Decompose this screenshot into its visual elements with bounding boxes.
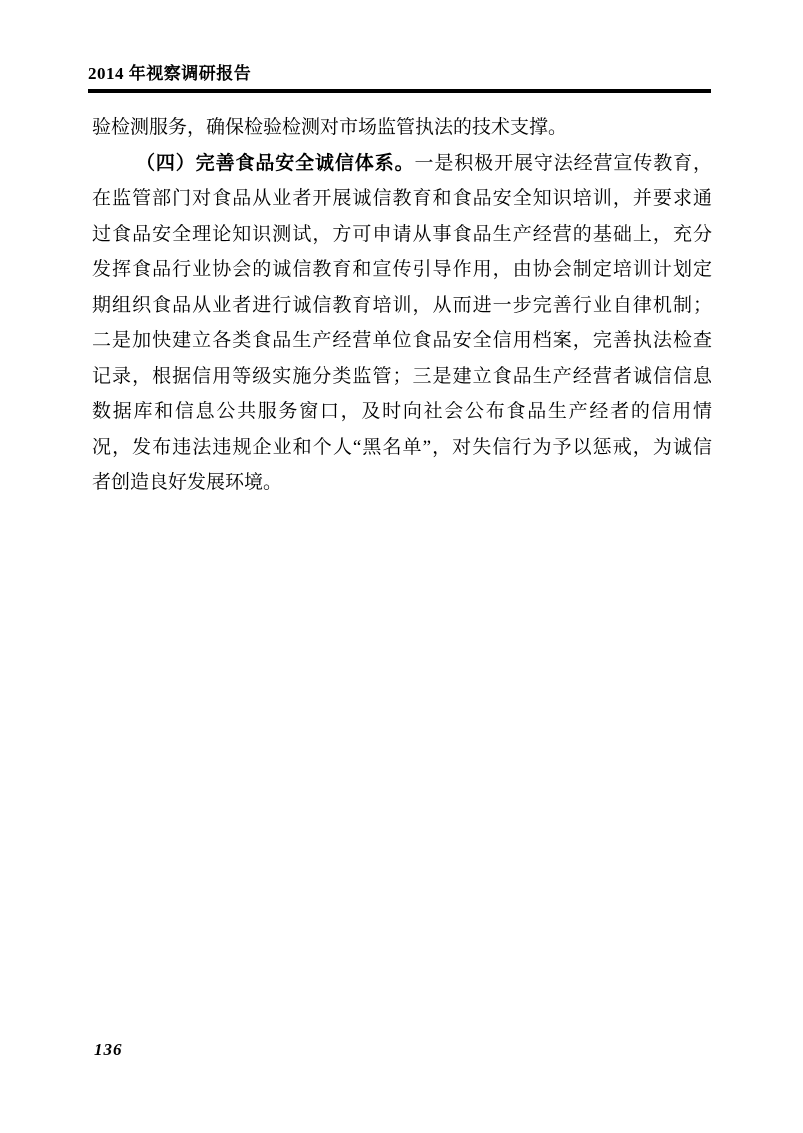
- text-segment: 数据库和信息公共服务窗口，及时向社会公布食品生产经者的信用情: [92, 401, 712, 422]
- text-segment: 一是积极开展守法经营宣传教育，: [415, 153, 713, 174]
- text-segment: 验检测服务，确保检验检测对市场监管执法的技术支撑。: [92, 117, 567, 138]
- text-line: 验检测服务，确保检验检测对市场监管执法的技术支撑。: [92, 110, 712, 146]
- bold-text-segment: （四）完善食品安全诚信体系。: [136, 153, 415, 174]
- text-line: 发挥食品行业协会的诚信教育和宣传引导作用，由协会制定培训计划定: [92, 252, 712, 288]
- text-segment: 者创造良好发展环境。: [92, 472, 282, 493]
- text-segment: 记录，根据信用等级实施分类监管；三是建立食品生产经营者诚信信息: [92, 366, 712, 387]
- text-line: 期组织食品从业者进行诚信教育培训，从而进一步完善行业自律机制；: [92, 288, 712, 324]
- document-page: 2014 年视察调研报告 验检测服务，确保检验检测对市场监管执法的技术支撑。（四…: [0, 0, 803, 1133]
- text-segment: 发挥食品行业协会的诚信教育和宣传引导作用，由协会制定培训计划定: [92, 259, 712, 280]
- text-line: 二是加快建立各类食品生产经营单位食品安全信用档案，完善执法检查: [92, 323, 712, 359]
- page-number: 136: [94, 1040, 123, 1060]
- header-title: 2014 年视察调研报告: [88, 64, 251, 83]
- text-segment: 过食品安全理论知识测试，方可申请从事食品生产经营的基础上，充分: [92, 224, 712, 245]
- text-line: 记录，根据信用等级实施分类监管；三是建立食品生产经营者诚信信息: [92, 359, 712, 395]
- text-segment: 在监管部门对食品从业者开展诚信教育和食品安全知识培训，并要求通: [92, 188, 712, 209]
- text-line: 在监管部门对食品从业者开展诚信教育和食品安全知识培训，并要求通: [92, 181, 712, 217]
- document-body: 验检测服务，确保检验检测对市场监管执法的技术支撑。（四）完善食品安全诚信体系。一…: [92, 110, 712, 501]
- text-line: （四）完善食品安全诚信体系。一是积极开展守法经营宣传教育，: [92, 146, 712, 182]
- text-segment: 况，发布违法违规企业和个人“黑名单”，对失信行为予以惩戒，为诚信: [92, 437, 712, 458]
- text-segment: 二是加快建立各类食品生产经营单位食品安全信用档案，完善执法检查: [92, 330, 712, 351]
- text-segment: 期组织食品从业者进行诚信教育培训，从而进一步完善行业自律机制；: [92, 295, 712, 316]
- text-line: 过食品安全理论知识测试，方可申请从事食品生产经营的基础上，充分: [92, 217, 712, 253]
- text-line: 况，发布违法违规企业和个人“黑名单”，对失信行为予以惩戒，为诚信: [92, 430, 712, 466]
- text-line: 数据库和信息公共服务窗口，及时向社会公布食品生产经者的信用情: [92, 394, 712, 430]
- text-line: 者创造良好发展环境。: [92, 465, 712, 501]
- page-header: 2014 年视察调研报告: [88, 63, 711, 93]
